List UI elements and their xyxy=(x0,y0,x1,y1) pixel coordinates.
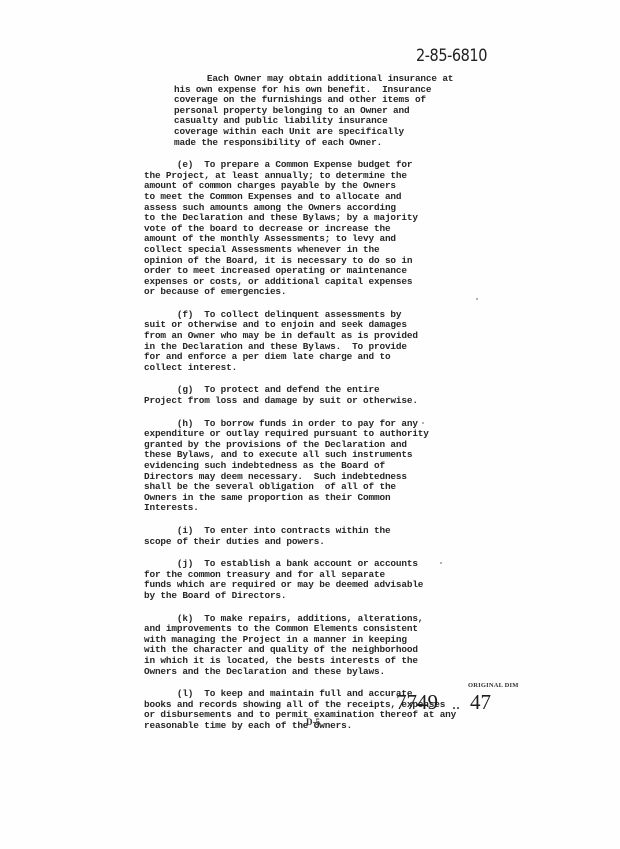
paragraph-k: (k) To make repairs, additions, alterati… xyxy=(144,614,524,678)
document-number: 2-85-6810 xyxy=(416,46,487,66)
item-label: (e) xyxy=(177,159,193,170)
item-label: (j) xyxy=(177,558,193,569)
text-line: evidencing such indebtedness as the Boar… xyxy=(144,461,524,472)
paragraph-h: (h) To borrow funds in order to pay for … xyxy=(144,419,524,514)
item-label: (f) xyxy=(177,309,193,320)
page-number: 47 xyxy=(470,690,491,714)
text-line: or because of emergencies. xyxy=(144,287,524,298)
text-line: collect interest. xyxy=(144,363,524,374)
separator: .. xyxy=(452,696,460,713)
text-line: made the responsibility of each Owner. xyxy=(144,138,524,149)
text-line: Each Owner may obtain additional insuran… xyxy=(144,74,524,85)
text-line: Owners in the same proportion as their C… xyxy=(144,493,524,504)
text-line: (i) To enter into contracts within the xyxy=(144,526,524,537)
text-line: Interests. xyxy=(144,503,524,514)
paragraph-g: (g) To protect and defend the entire Pro… xyxy=(144,385,524,406)
scan-speck xyxy=(422,422,424,424)
text-line: reasonable time by each of the Owners. xyxy=(144,721,524,732)
original-dim-stamp: ORIGINAL DIM xyxy=(468,682,519,689)
item-label: (h) xyxy=(177,418,193,429)
document-page: 2-85-6810 Each Owner may obtain addition… xyxy=(0,0,620,849)
text-line: in which it is located, the bests intere… xyxy=(144,656,524,667)
book-number: 7749 xyxy=(396,690,438,714)
paragraph-f: (f) To collect delinquent assessments by… xyxy=(144,310,524,374)
text-line: Owners and the Declaration and these byl… xyxy=(144,667,524,678)
paragraph-i: (i) To enter into contracts within the s… xyxy=(144,526,524,547)
page-footer: D-5 xyxy=(306,717,320,727)
item-label: (k) xyxy=(177,613,193,624)
item-label: (g) xyxy=(177,384,193,395)
paragraph-insurance: Each Owner may obtain additional insuran… xyxy=(144,74,524,148)
book-page-reference: 7749..47 xyxy=(396,690,491,715)
text-line: scope of their duties and powers. xyxy=(144,537,524,548)
scan-speck xyxy=(476,298,478,300)
item-label: (l) xyxy=(177,688,193,699)
text-line: by the Board of Directors. xyxy=(144,591,524,602)
text-line: to meet the Common Expenses and to alloc… xyxy=(144,192,524,203)
text-line: coverage within each Unit are specifical… xyxy=(144,127,524,138)
scan-speck xyxy=(440,562,442,564)
paragraph-j: (j) To establish a bank account or accou… xyxy=(144,559,524,601)
text-line: collect special Assessments whenever in … xyxy=(144,245,524,256)
paragraph-e: (e) To prepare a Common Expense budget f… xyxy=(144,160,524,298)
bylaws-body: Each Owner may obtain additional insuran… xyxy=(144,74,524,743)
text-line: Project from loss and damage by suit or … xyxy=(144,396,524,407)
item-label: (i) xyxy=(177,525,193,536)
